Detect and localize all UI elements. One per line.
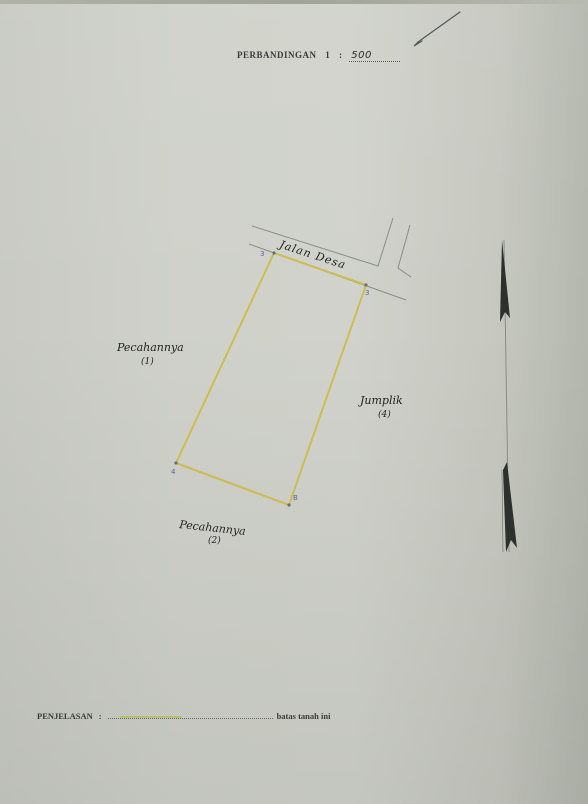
explanation-row: PENJELASAN : batas tanah ini bbox=[37, 711, 330, 721]
explanation-suffix: batas tanah ini bbox=[277, 711, 331, 721]
document-page: PERBANDINGAN 1 : 500 bbox=[0, 0, 588, 804]
neighbor-east-number: (4) bbox=[378, 410, 391, 420]
corner-label-bottom-right: B bbox=[293, 494, 298, 502]
explanation-line bbox=[108, 712, 273, 719]
neighbor-east-name: Jumplik bbox=[360, 394, 403, 407]
corner-label-bottom-left: 4 bbox=[171, 468, 175, 476]
explanation-separator: : bbox=[99, 711, 102, 721]
neighbor-west-name: Pecahannya bbox=[117, 341, 184, 354]
corner-label-top-right: 3 bbox=[365, 289, 369, 297]
neighbor-west-number: (1) bbox=[141, 357, 154, 367]
north-arrow-icon bbox=[500, 240, 517, 552]
land-parcel-boundary bbox=[176, 253, 366, 505]
checkmark-icon bbox=[414, 12, 460, 46]
explanation-label: PENJELASAN bbox=[37, 711, 93, 721]
site-plan-drawing bbox=[0, 0, 588, 804]
neighbor-south-number: (2) bbox=[208, 536, 221, 546]
corner-label-top-left: 3 bbox=[260, 250, 264, 258]
corner-markers bbox=[174, 251, 367, 506]
